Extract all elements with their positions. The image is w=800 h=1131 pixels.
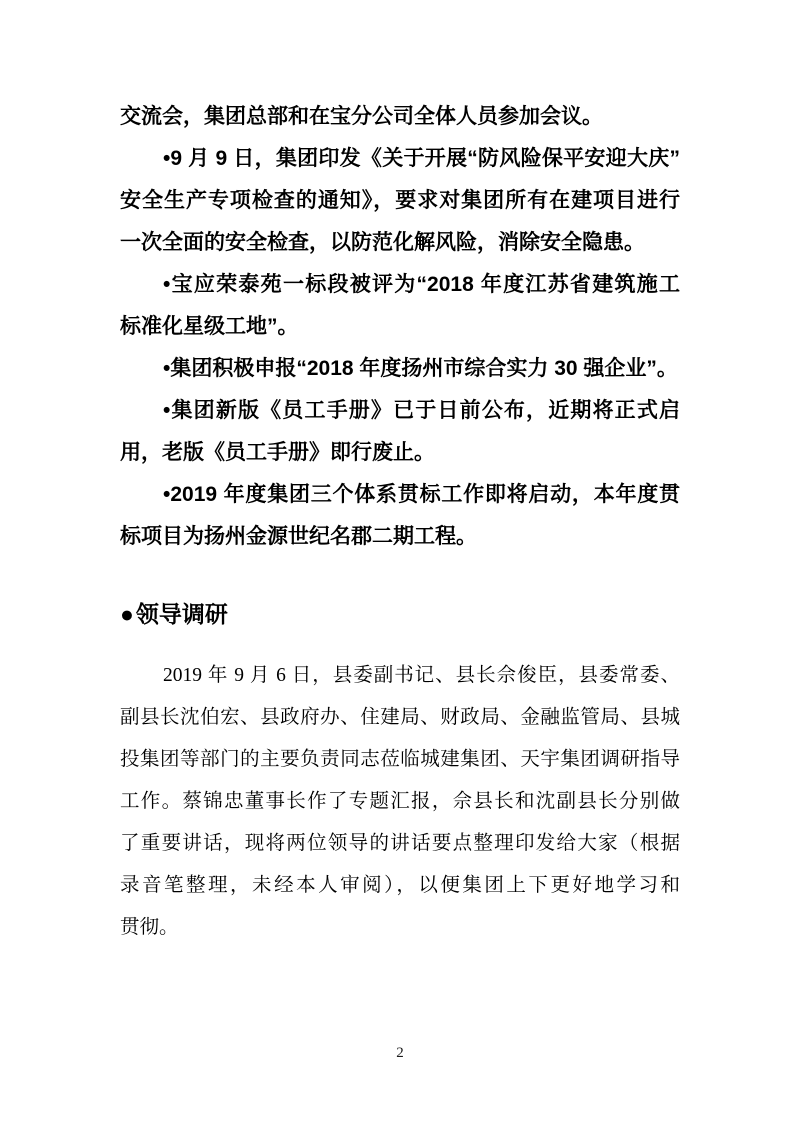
text-line: 标准化星级工地”。 xyxy=(120,306,680,348)
leadership-research-paragraph: 2019 年 9 月 6 日，县委副书记、县长佘俊臣，县委常委、 副县长沈伯宏、… xyxy=(120,655,680,949)
bullet-paragraph-star-site-award: •宝应荣泰苑一标段被评为“2018 年度江苏省建筑施工 标准化星级工地”。 xyxy=(120,264,680,348)
document-page: 交流会，集团总部和在宝分公司全体人员参加会议。 •9 月 9 日，集团印发《关于… xyxy=(0,0,800,1131)
text-line: 交流会，集团总部和在宝分公司全体人员参加会议。 xyxy=(120,96,680,138)
text-line: 录音笔整理，未经本人审阅），以便集团上下更好地学习和 xyxy=(120,865,680,907)
text-line: •宝应荣泰苑一标段被评为“2018 年度江苏省建筑施工 xyxy=(120,264,680,306)
text-line: 用，老版《员工手册》即行废止。 xyxy=(120,432,680,474)
text-line: 2019 年 9 月 6 日，县委副书记、县长佘俊臣，县委常委、 xyxy=(120,655,680,697)
text-line: 一次全面的安全检查，以防范化解风险，消除安全隐患。 xyxy=(120,222,680,264)
text-line: 工作。蔡锦忠董事长作了专题汇报，佘县长和沈副县长分别做 xyxy=(120,781,680,823)
section-heading-label: 领导调研 xyxy=(136,601,228,627)
news-bullets-section: 交流会，集团总部和在宝分公司全体人员参加会议。 •9 月 9 日，集团印发《关于… xyxy=(120,96,680,558)
text-line: 投集团等部门的主要负责同志莅临城建集团、天宇集团调研指导 xyxy=(120,739,680,781)
page-footer: 2 xyxy=(0,1044,800,1062)
bullet-paragraph-system-certification: •2019 年度集团三个体系贯标工作即将启动，本年度贯 标项目为扬州金源世纪名郡… xyxy=(120,474,680,558)
text-line: 贯彻。 xyxy=(120,907,680,949)
text-line: 了重要讲话，现将两位领导的讲话要点整理印发给大家（根据 xyxy=(120,823,680,865)
black-circle-bullet-icon: ● xyxy=(120,598,134,630)
section-heading-leadership-research: ●领导调研 xyxy=(120,598,228,630)
bullet-paragraph-top30-application: •集团积极申报“2018 年度扬州市综合实力 30 强企业”。 xyxy=(120,348,680,390)
text-line: •集团新版《员工手册》已于日前公布，近期将正式启 xyxy=(120,390,680,432)
text-line: 安全生产专项检查的通知》，要求对集团所有在建项目进行 xyxy=(120,180,680,222)
page-number: 2 xyxy=(396,1045,404,1061)
text-line: 标项目为扬州金源世纪名郡二期工程。 xyxy=(120,516,680,558)
bullet-paragraph-employee-handbook: •集团新版《员工手册》已于日前公布，近期将正式启 用，老版《员工手册》即行废止。 xyxy=(120,390,680,474)
bullet-paragraph-safety-inspection: •9 月 9 日，集团印发《关于开展“防风险保平安迎大庆” 安全生产专项检查的通… xyxy=(120,138,680,264)
text-line: 副县长沈伯宏、县政府办、住建局、财政局、金融监管局、县城 xyxy=(120,697,680,739)
paragraph-continuation: 交流会，集团总部和在宝分公司全体人员参加会议。 xyxy=(120,96,680,138)
text-line: •集团积极申报“2018 年度扬州市综合实力 30 强企业”。 xyxy=(120,348,680,390)
text-line: •9 月 9 日，集团印发《关于开展“防风险保平安迎大庆” xyxy=(120,138,680,180)
text-line: •2019 年度集团三个体系贯标工作即将启动，本年度贯 xyxy=(120,474,680,516)
